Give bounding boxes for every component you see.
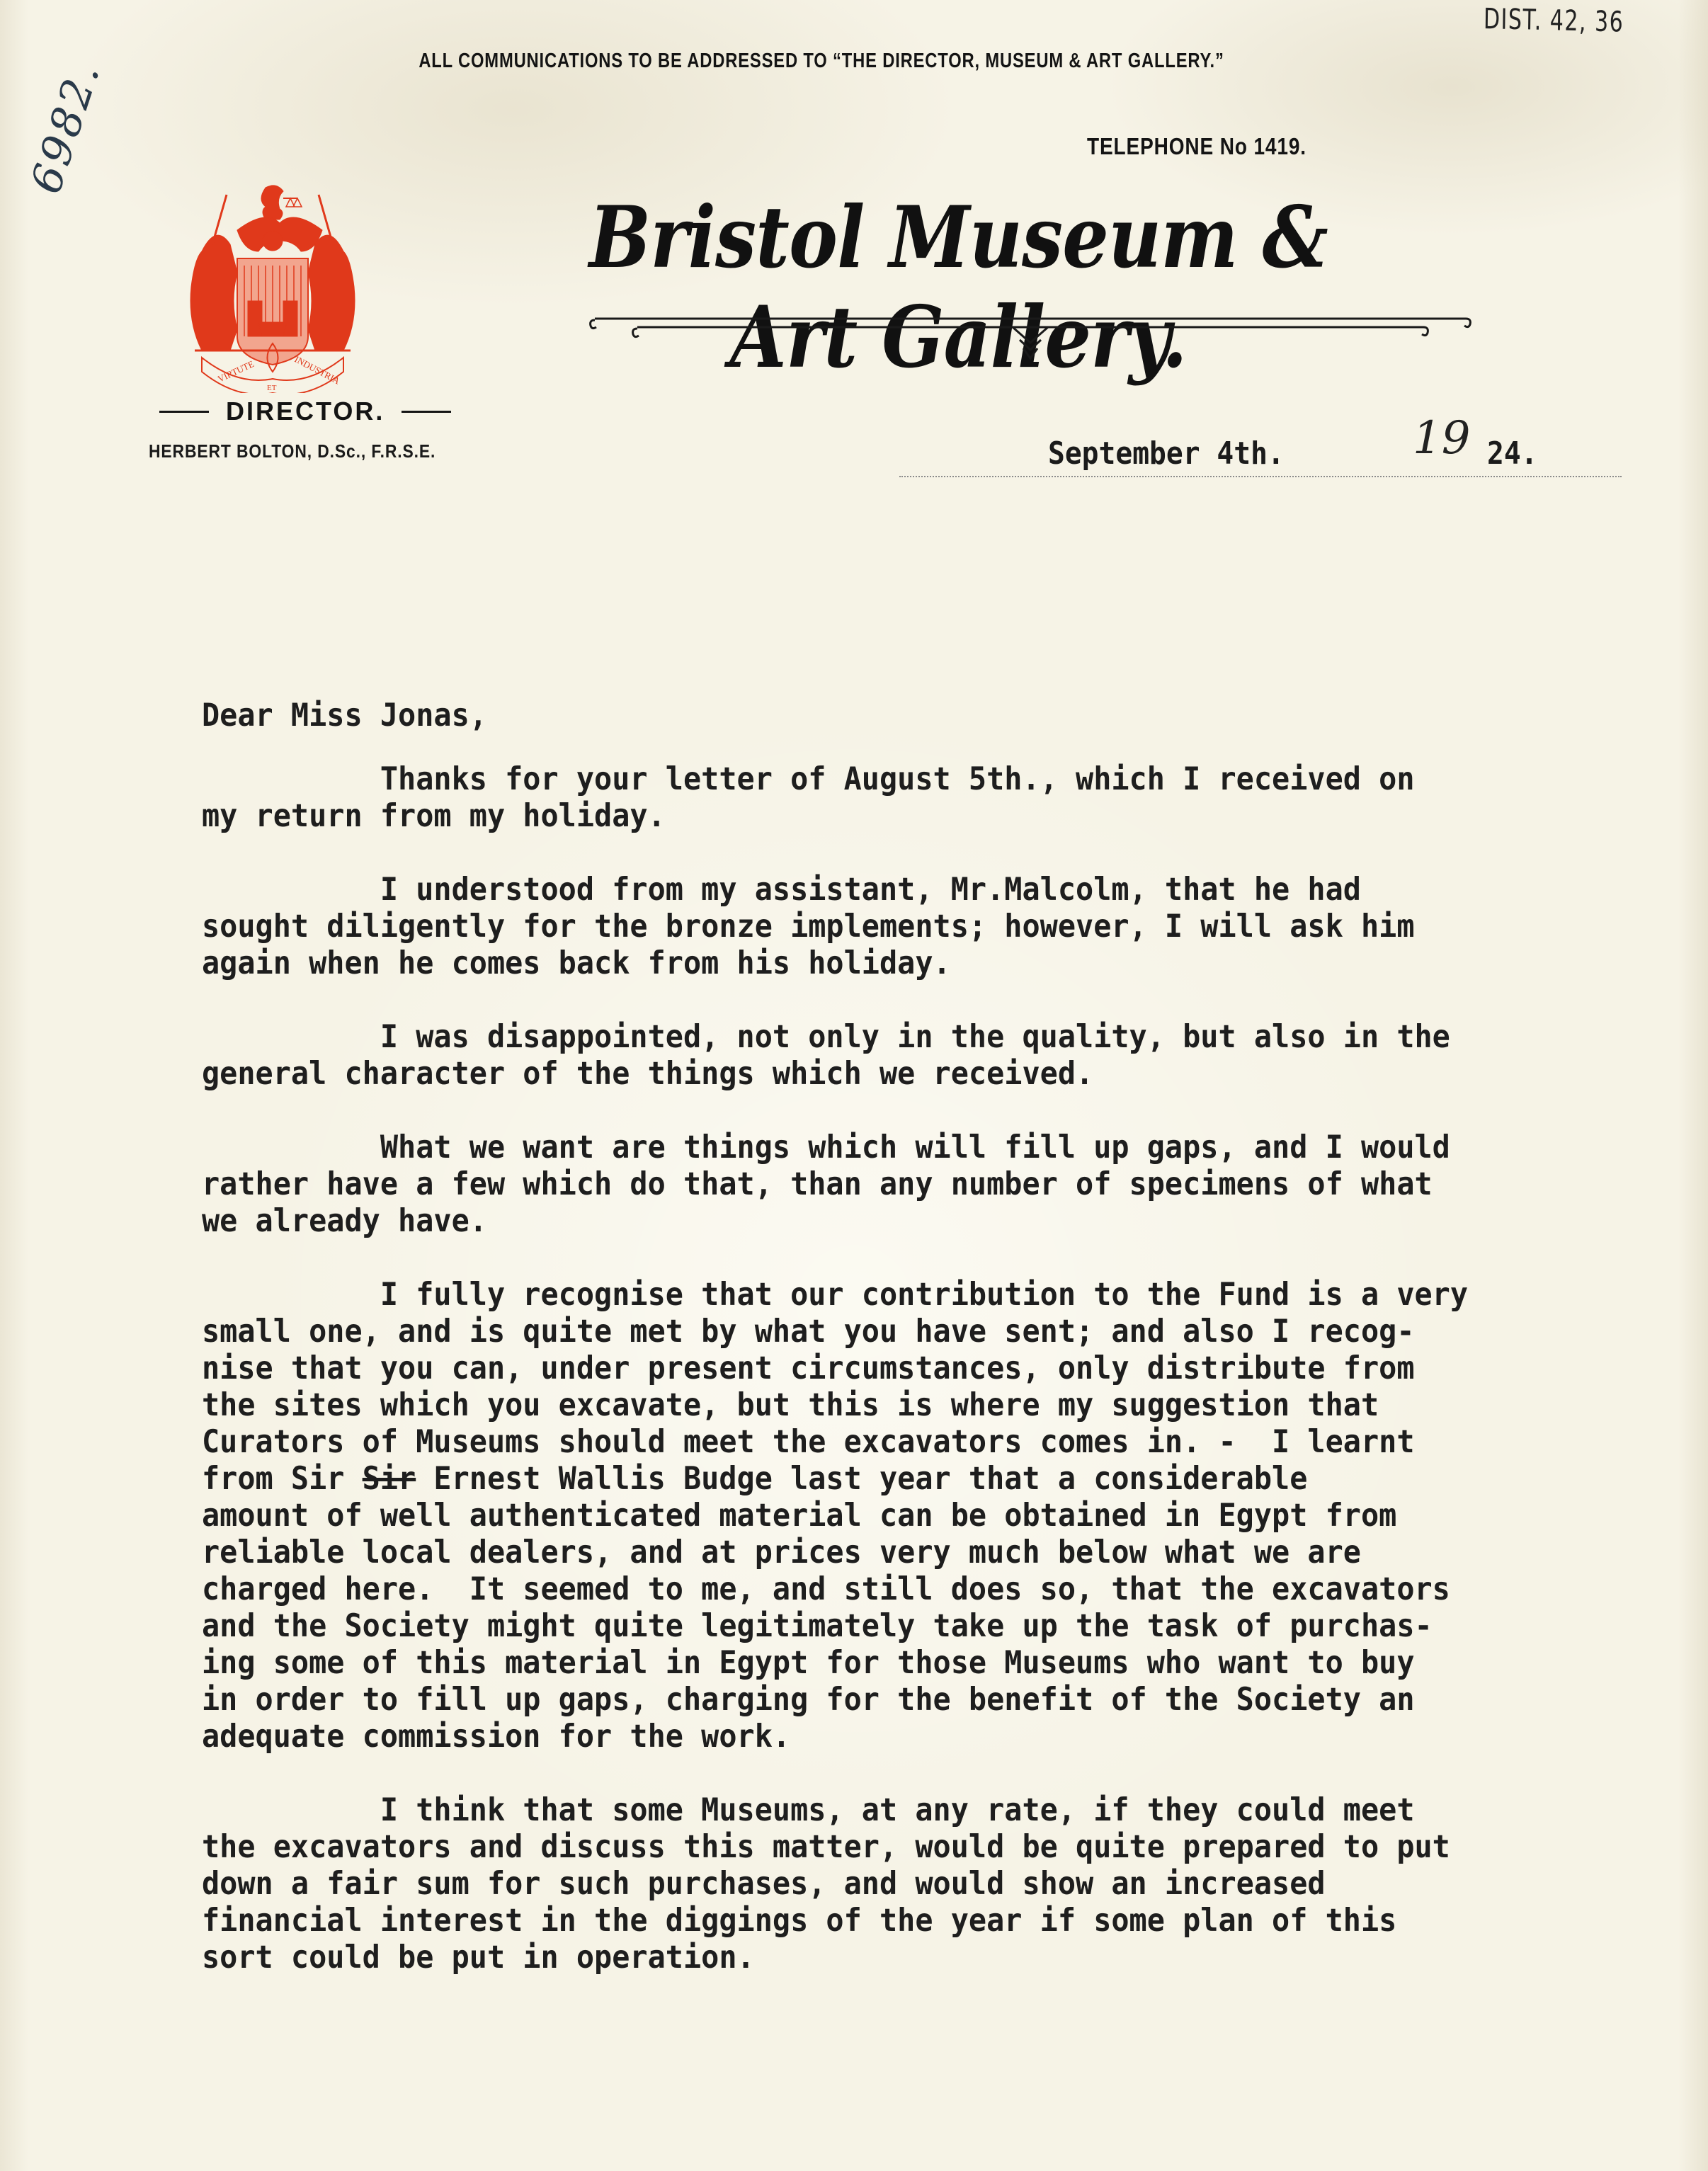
date-dotted-line [899, 476, 1622, 477]
motto-center: ET [267, 384, 277, 392]
archive-reference-annotation: DIST. 42, 36 [1484, 3, 1624, 39]
paragraph: I think that some Museums, at any rate, … [202, 1792, 1560, 1976]
salutation: Dear Miss Jonas, [202, 697, 1560, 734]
date-year: 24. [1487, 435, 1538, 472]
title-ornament-icon [588, 312, 1473, 368]
director-label-text: DIRECTOR. [226, 397, 385, 426]
divider [402, 411, 451, 413]
paragraph: I understood from my assistant, Mr.Malco… [202, 872, 1560, 982]
paragraph: I fully recognise that our contribution … [202, 1277, 1560, 1755]
letter-body: Dear Miss Jonas, Thanks for your letter … [202, 697, 1646, 2013]
handwritten-number-annotation: 6982. [21, 55, 110, 200]
date-typed: September 4th. [1048, 435, 1285, 472]
struck-word: Sir [363, 1461, 416, 1497]
paragraph: What we want are things which will fill … [202, 1129, 1560, 1240]
date-printed-century: 19 [1413, 412, 1470, 465]
paragraph: I was disappointed, not only in the qual… [202, 1019, 1560, 1093]
letterhead-banner: ALL COMMUNICATIONS TO BE ADDRESSED TO “T… [409, 50, 1234, 73]
paragraph: Thanks for your letter of August 5th., w… [202, 761, 1560, 835]
telephone-number: TELEPHONE No 1419. [1087, 133, 1306, 160]
coat-of-arms-icon: VIRTUTE ET INDUSTRIA [159, 181, 386, 393]
divider [159, 411, 209, 413]
director-label: DIRECTOR. [159, 397, 451, 426]
motto-right: INDUSTRIA [293, 353, 342, 386]
director-name: HERBERT BOLTON, D.Sc., F.R.S.E. [149, 440, 435, 462]
